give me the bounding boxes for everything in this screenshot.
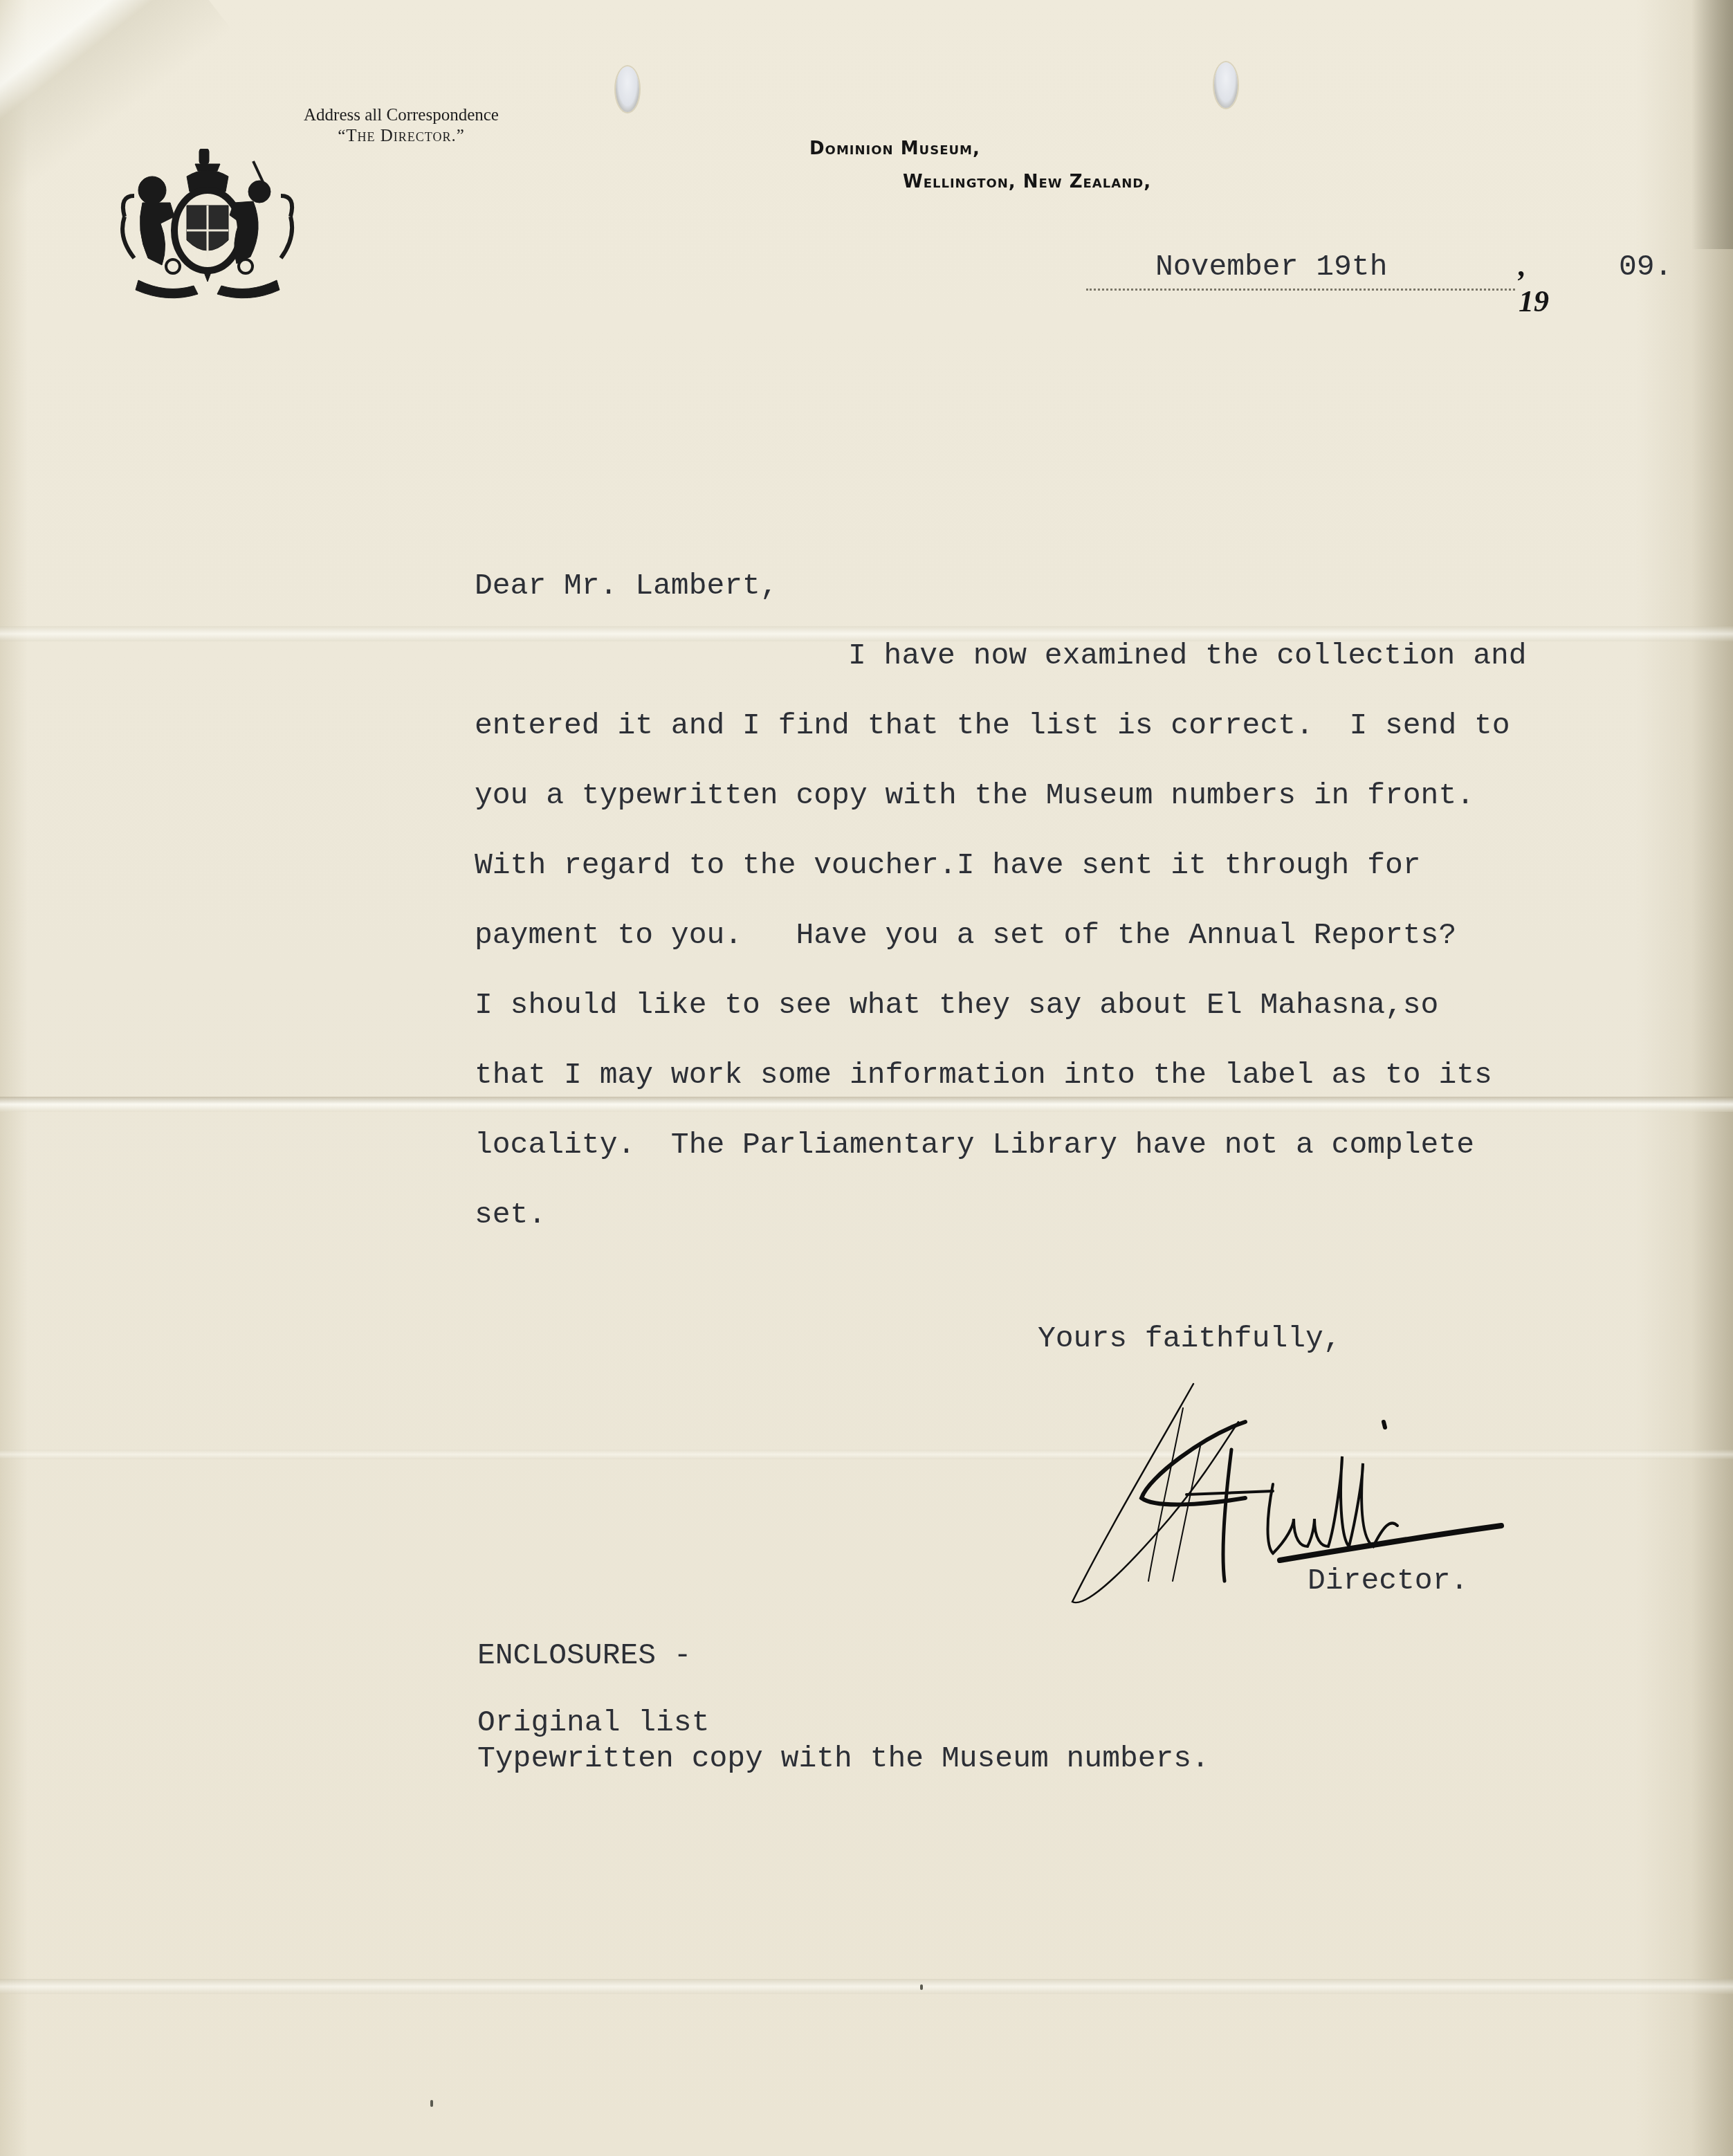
enclosures: ENCLOSURES - Original list Typewritten c…	[477, 1638, 1209, 1777]
address-note: Address all Correspondence “The Director…	[249, 105, 553, 147]
address-note-line1: Address all Correspondence	[249, 105, 553, 126]
signatory-title: Director.	[1308, 1564, 1468, 1598]
royal-coat-of-arms-icon	[118, 149, 297, 301]
body-line: entered it and I find that the list is c…	[475, 709, 1692, 778]
enclosures-heading: ENCLOSURES -	[477, 1638, 1209, 1673]
body-line: set.	[475, 1198, 1692, 1268]
punch-hole-icon	[1214, 62, 1238, 108]
edge-shadow	[1691, 0, 1733, 249]
enclosure-item: Original list	[477, 1705, 1209, 1741]
body-line: I should like to see what they say about…	[475, 988, 1692, 1058]
letter-paper: Address all Correspondence “The Director…	[0, 0, 1733, 2156]
body-paragraph: I have now examined the collection and e…	[475, 639, 1692, 1268]
date-line: November 19th , 19 09.	[1086, 246, 1522, 287]
paper-speck	[920, 1984, 923, 1990]
salutation: Dear Mr. Lambert,	[475, 569, 1692, 603]
enclosures-list: Original list Typewritten copy with the …	[477, 1705, 1209, 1777]
institution-name: Dominion Museum,	[809, 138, 980, 159]
date-typed-year: 09.	[1619, 250, 1672, 284]
body-line: locality. The Parliamentary Library have…	[475, 1128, 1692, 1198]
institution-location: Wellington, New Zealand,	[903, 172, 1151, 192]
paper-speck	[430, 2100, 433, 2107]
date-typed: November 19th	[1155, 250, 1387, 284]
letter-body: Dear Mr. Lambert, I have now examined th…	[475, 569, 1692, 1268]
date-dotted-rule	[1086, 289, 1515, 291]
body-line: that I may work some information into th…	[475, 1058, 1692, 1128]
enclosure-item: Typewritten copy with the Museum numbers…	[477, 1741, 1209, 1777]
date-printed-century: , 19	[1519, 248, 1549, 319]
body-line: you a typewritten copy with the Museum n…	[475, 778, 1692, 848]
punch-hole-icon	[616, 66, 639, 112]
body-line: With regard to the voucher.I have sent i…	[475, 848, 1692, 918]
closing: Yours faithfully,	[1038, 1322, 1341, 1355]
body-line: I have now examined the collection and	[475, 639, 1692, 709]
body-line: payment to you. Have you a set of the An…	[475, 918, 1692, 988]
address-note-line2: “The Director.”	[249, 126, 553, 147]
fold-line	[0, 1979, 1733, 1994]
